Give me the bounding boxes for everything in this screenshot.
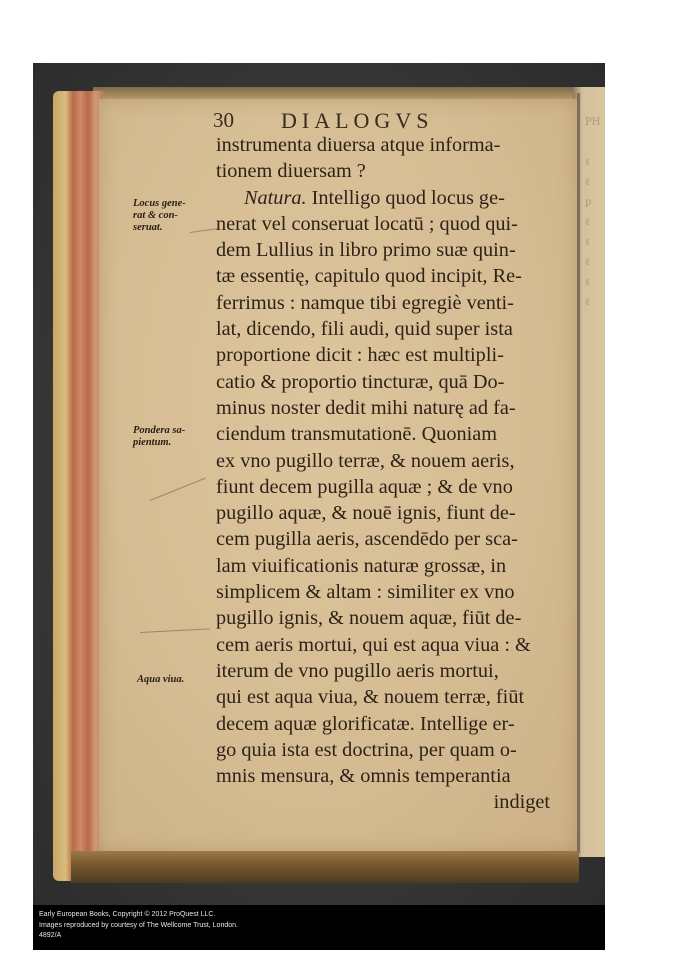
marginal-note: Locus gene- rat & con- seruat. — [133, 198, 186, 234]
text-line: ex vno pugillo terræ, & nouem aeris, — [216, 448, 550, 474]
marginal-note-line: pientum. — [133, 437, 185, 449]
text-line: mnis mensura, & omnis temperantia — [216, 763, 550, 789]
shelfmark-line: 4892/A — [39, 931, 238, 942]
text-line: minus noster dedit mihi naturę ad fa- — [216, 395, 550, 421]
catchword: indiget — [216, 789, 550, 815]
text-line: simplicem & altam : similiter ex vno — [216, 579, 550, 605]
text-line: pugillo aquæ, & nouē ignis, fiunt de- — [216, 500, 550, 526]
text-line: dem Lullius in libro primo suæ quin- — [216, 237, 550, 263]
text-line: lat, dicendo, fili audi, quid super ista — [216, 316, 550, 342]
text-line: go quia ista est doctrina, per quam o- — [216, 737, 550, 763]
speaker-label: Natura. — [244, 187, 307, 209]
marginal-note-line: Pondera sa- — [133, 425, 185, 437]
page-stack-left-edge — [53, 91, 103, 881]
text-line: tæ essentię, capitulo quod incipit, Re- — [216, 263, 550, 289]
courtesy-line: Images reproduced by courtesy of The Wel… — [39, 921, 238, 932]
marginal-note-line: rat & con- — [133, 210, 186, 222]
page-top-edge — [93, 87, 583, 99]
text-line: lam viuificationis naturæ grossæ, in — [216, 553, 550, 579]
copyright-line: Early European Books, Copyright © 2012 P… — [39, 910, 238, 921]
marginal-note-line: Locus gene- — [133, 198, 186, 210]
text-line: cem pugilla aeris, ascendēdo per sca- — [216, 526, 550, 552]
text-line: Natura. Intelligo quod locus ge- — [216, 185, 550, 211]
page-bottom-edge — [71, 851, 579, 883]
text-line: ferrimus : namque tibi egregiè venti- — [216, 290, 550, 316]
marginal-note-line: Aqua viua. — [137, 674, 184, 686]
marginal-note: Aqua viua. — [137, 674, 184, 686]
marginal-note: Pondera sa- pientum. — [133, 425, 185, 449]
text-line: proportione dicit : hæc est multipli- — [216, 342, 550, 368]
running-title: DIALOGVS — [281, 108, 433, 134]
text-span: Intelligo quod locus ge- — [307, 187, 505, 209]
facing-page-text: PH ℓℓpℓℓℓℓℓ — [585, 113, 605, 313]
page-number: 30 — [213, 108, 234, 133]
text-line: catio & proportio tincturæ, quā Do- — [216, 369, 550, 395]
text-line: qui est aqua viua, & nouem terræ, fiūt — [216, 684, 550, 710]
running-head: 30 DIALOGVS — [213, 108, 573, 134]
text-line: instrumenta diuersa atque informa- — [216, 132, 550, 158]
footer-text: Early European Books, Copyright © 2012 P… — [39, 910, 238, 942]
text-line: cem aeris mortui, qui est aqua viua : & — [216, 632, 550, 658]
copyright-footer: Early European Books, Copyright © 2012 P… — [33, 905, 605, 950]
marginal-note-line: seruat. — [133, 222, 186, 234]
text-line: fiunt decem pugilla aquæ ; & de vno — [216, 474, 550, 500]
text-line: pugillo ignis, & nouem aquæ, fiūt de- — [216, 605, 550, 631]
text-line: nerat vel conseruat locatū ; quod qui- — [216, 211, 550, 237]
text-line: iterum de vno pugillo aeris mortui, — [216, 658, 550, 684]
text-line: tionem diuersam ? — [216, 158, 550, 184]
gutter-line — [577, 93, 580, 853]
text-line: decem aquæ glorificatæ. Intellige er- — [216, 711, 550, 737]
body-text: instrumenta diuersa atque informa- tione… — [216, 132, 550, 816]
text-line: ciendum transmutationē. Quoniam — [216, 421, 550, 447]
